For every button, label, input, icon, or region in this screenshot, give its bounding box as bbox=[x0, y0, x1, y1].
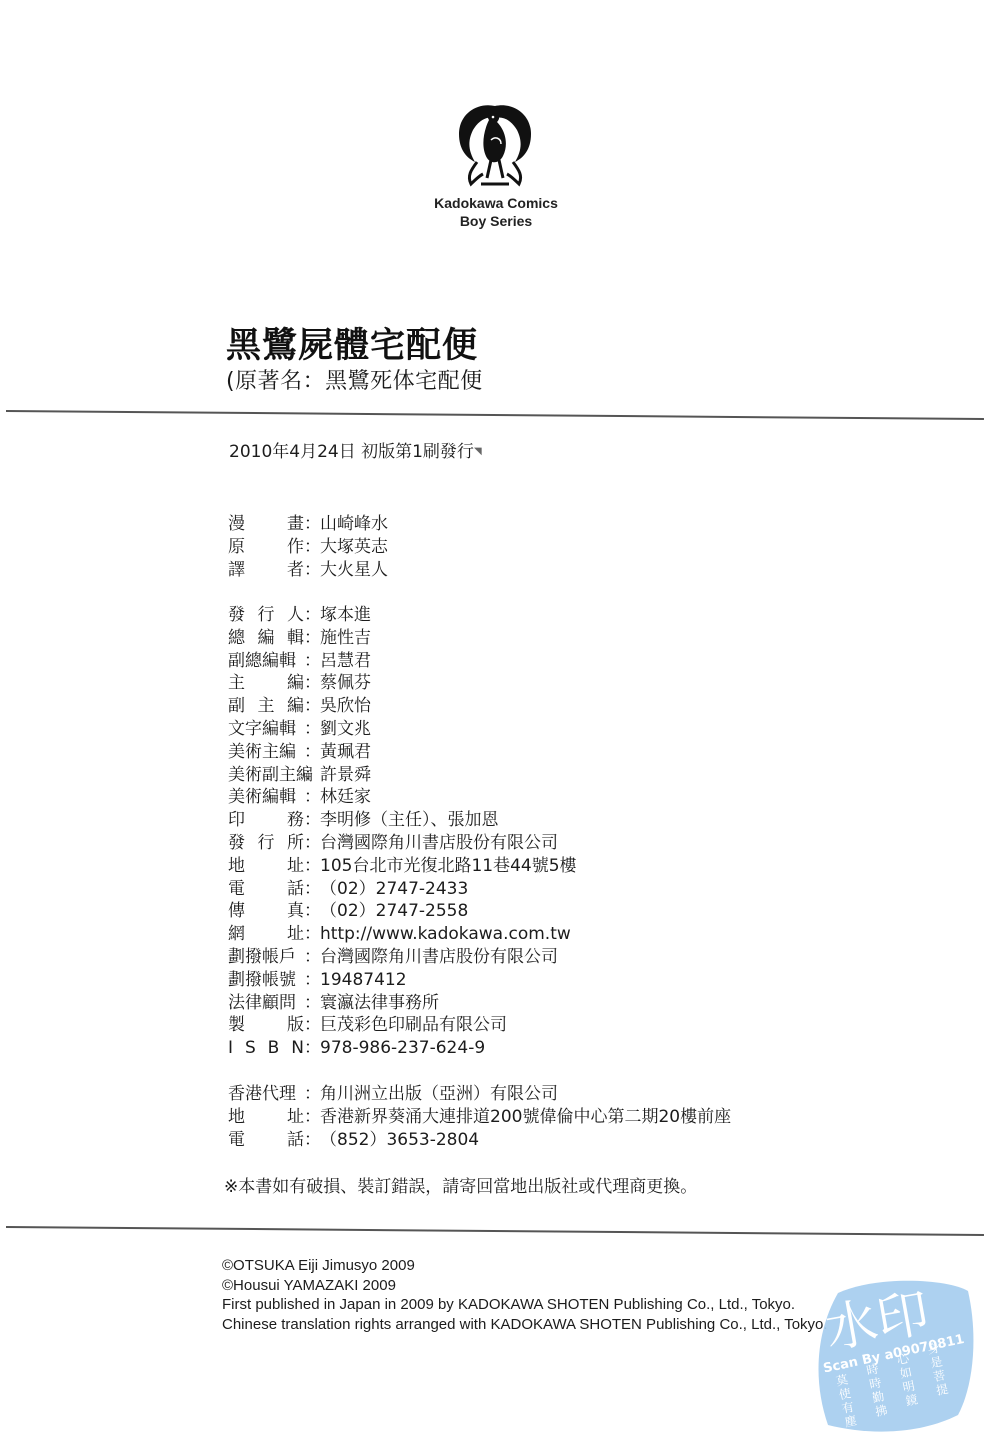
credit-value: 大火星人 bbox=[320, 559, 388, 582]
logo-line-1: Kadokawa Comics bbox=[410, 194, 582, 212]
credit-label-char: 副總編輯 bbox=[228, 650, 296, 673]
credit-separator: ： bbox=[304, 923, 320, 946]
credit-value: 吳欣怡 bbox=[320, 695, 371, 718]
credit-separator: ： bbox=[304, 832, 320, 855]
credit-value: 寰瀛法律事務所 bbox=[320, 992, 439, 1015]
credit-label: 副總編輯 bbox=[228, 650, 304, 673]
credit-label: 副主編 bbox=[228, 695, 304, 718]
credit-label-char: 譯 bbox=[228, 559, 245, 582]
credit-label-char: 網 bbox=[228, 923, 245, 946]
credit-label-char: 地 bbox=[228, 855, 245, 878]
credit-row: 電話：（02）2747-2433 bbox=[228, 878, 577, 901]
credit-label-char: 副 bbox=[228, 695, 245, 718]
credits-creators: 漫畫：山崎峰水原作：大塚英志譯者：大火星人 bbox=[228, 513, 388, 581]
credit-separator: ： bbox=[304, 1014, 320, 1037]
credit-label-char: S bbox=[245, 1037, 256, 1060]
credit-label: 美術副主編 bbox=[228, 764, 304, 787]
divider-bottom bbox=[6, 1226, 984, 1236]
credit-row: 傳真：（02）2747-2558 bbox=[228, 900, 577, 923]
scan-watermark-icon: 水印 Scan By a09070811 莫使有塵 時時勤拂 心如明鏡 身是菩提 bbox=[808, 1275, 978, 1435]
credit-separator: ： bbox=[304, 878, 320, 901]
credit-separator: ： bbox=[304, 672, 320, 695]
copyright-block: ©OTSUKA Eiji Jimusyo 2009 ©Housui YAMAZA… bbox=[222, 1256, 828, 1334]
credit-row: 劃撥帳戶：台灣國際角川書店股份有限公司 bbox=[228, 946, 577, 969]
credit-row: 地址：香港新界葵涌大連排道200號偉倫中心第二期20樓前座 bbox=[228, 1106, 731, 1129]
credit-label-char: 編 bbox=[287, 672, 304, 695]
credit-label: 地址 bbox=[228, 855, 304, 878]
credit-value: 呂慧君 bbox=[320, 650, 371, 673]
credit-row: 發行所：台灣國際角川書店股份有限公司 bbox=[228, 832, 577, 855]
credit-value: 許景舜 bbox=[320, 764, 371, 787]
book-title: 黑鷺屍體宅配便 bbox=[226, 324, 478, 368]
credit-label: 地址 bbox=[228, 1106, 304, 1129]
credit-row: 製版：巨茂彩色印刷品有限公司 bbox=[228, 1014, 577, 1037]
credit-row: 法律顧問：寰瀛法律事務所 bbox=[228, 992, 577, 1015]
credit-value: 黃珮君 bbox=[320, 741, 371, 764]
credit-label-char: 發 bbox=[228, 604, 245, 627]
credit-row: 香港代理：角川洲立出版（亞洲）有限公司 bbox=[228, 1083, 731, 1106]
credit-row: 漫畫：山崎峰水 bbox=[228, 513, 388, 536]
credit-label: 文字編輯 bbox=[228, 718, 304, 741]
credit-label-char: 漫 bbox=[228, 513, 245, 536]
credit-row: 副主編：吳欣怡 bbox=[228, 695, 577, 718]
credit-label-char: 總 bbox=[228, 627, 245, 650]
edition-mark: ◥ bbox=[474, 446, 482, 457]
credit-value: 19487412 bbox=[320, 969, 407, 992]
credit-label: 漫畫 bbox=[228, 513, 304, 536]
credit-value: （852）3653-2804 bbox=[320, 1129, 479, 1152]
kadokawa-phoenix-logo-icon bbox=[455, 100, 535, 195]
edition-info: 2010年4月24日 初版第1刷發行◥ bbox=[229, 441, 482, 463]
credit-row: 譯者：大火星人 bbox=[228, 559, 388, 582]
credit-label: 美術編輯 bbox=[228, 786, 304, 809]
credit-row: 副總編輯：呂慧君 bbox=[228, 650, 577, 673]
credit-separator: ： bbox=[304, 536, 320, 559]
credit-label: 印務 bbox=[228, 809, 304, 832]
credit-separator: ： bbox=[304, 650, 320, 673]
credit-label-char: 傳 bbox=[228, 900, 245, 923]
credit-value: 台灣國際角川書店股份有限公司 bbox=[320, 946, 558, 969]
credit-row: 劃撥帳號：19487412 bbox=[228, 969, 577, 992]
credit-label-char: B bbox=[268, 1037, 280, 1060]
credit-separator: ： bbox=[304, 1083, 320, 1106]
credit-separator: ： bbox=[304, 1037, 320, 1060]
credit-label-char: 美術編輯 bbox=[228, 786, 296, 809]
credit-label-char: 輯 bbox=[287, 627, 304, 650]
edition-text: 2010年4月24日 初版第1刷發行 bbox=[229, 442, 474, 462]
credit-separator: ： bbox=[304, 1129, 320, 1152]
credit-value: 巨茂彩色印刷品有限公司 bbox=[320, 1014, 507, 1037]
credit-value: 香港新界葵涌大連排道200號偉倫中心第二期20樓前座 bbox=[320, 1106, 731, 1129]
credit-label: 法律顧問 bbox=[228, 992, 304, 1015]
credit-label-char: 地 bbox=[228, 1106, 245, 1129]
credit-label: 劃撥帳戶 bbox=[228, 946, 304, 969]
credit-value: 林廷家 bbox=[320, 786, 371, 809]
credit-label-char: 電 bbox=[228, 1129, 245, 1152]
credit-value: 大塚英志 bbox=[320, 536, 388, 559]
credit-separator: ： bbox=[304, 627, 320, 650]
credits-hongkong: 香港代理：角川洲立出版（亞洲）有限公司地址：香港新界葵涌大連排道200號偉倫中心… bbox=[228, 1083, 731, 1151]
credit-separator: ： bbox=[304, 992, 320, 1015]
credit-label-char: 主 bbox=[258, 695, 275, 718]
credit-row: 美術副主編：許景舜 bbox=[228, 764, 577, 787]
credit-value: （02）2747-2433 bbox=[320, 878, 468, 901]
credit-label: 電話 bbox=[228, 1129, 304, 1152]
credit-row: 總編輯：施性吉 bbox=[228, 627, 577, 650]
credit-label: 發行人 bbox=[228, 604, 304, 627]
credit-label-char: 原 bbox=[228, 536, 245, 559]
copyright-line: First published in Japan in 2009 by KADO… bbox=[222, 1295, 828, 1315]
credit-label-char: 務 bbox=[287, 809, 304, 832]
credit-label-char: 編 bbox=[287, 695, 304, 718]
credit-separator: ： bbox=[304, 809, 320, 832]
credit-label: 製版 bbox=[228, 1014, 304, 1037]
logo-line-2: Boy Series bbox=[410, 212, 582, 230]
credit-label: 主編 bbox=[228, 672, 304, 695]
credit-separator: ： bbox=[304, 559, 320, 582]
credit-value: 劉文兆 bbox=[320, 718, 371, 741]
credit-row: 印務：李明修（主任）、張加恩 bbox=[228, 809, 577, 832]
credit-value: 台灣國際角川書店股份有限公司 bbox=[320, 832, 558, 855]
logo-caption: Kadokawa Comics Boy Series bbox=[410, 194, 582, 230]
credit-label-char: 作 bbox=[287, 536, 304, 559]
credit-row: ISBN：978-986-237-624-9 bbox=[228, 1037, 577, 1060]
credit-value: 施性吉 bbox=[320, 627, 371, 650]
credit-label-char: 話 bbox=[287, 1129, 304, 1152]
credit-separator: ： bbox=[304, 718, 320, 741]
credit-value: 角川洲立出版（亞洲）有限公司 bbox=[320, 1083, 558, 1106]
credit-label-char: 行 bbox=[258, 832, 275, 855]
divider-top bbox=[6, 410, 984, 420]
credit-label-char: 真 bbox=[287, 900, 304, 923]
credit-label: 網址 bbox=[228, 923, 304, 946]
credit-label-char: 電 bbox=[228, 878, 245, 901]
credit-label-char: 畫 bbox=[287, 513, 304, 536]
credit-label-char: 美術副主編 bbox=[228, 764, 313, 787]
credit-label: 劃撥帳號 bbox=[228, 969, 304, 992]
credit-label-char: 編 bbox=[258, 627, 275, 650]
credit-label: 總編輯 bbox=[228, 627, 304, 650]
original-title: (原著名：黑鷺死体宅配便 bbox=[226, 367, 483, 397]
credit-row: 文字編輯：劉文兆 bbox=[228, 718, 577, 741]
damage-notice: ※本書如有破損、裝訂錯誤，請寄回當地出版社或代理商更換。 bbox=[224, 1176, 697, 1198]
credit-label-char: 所 bbox=[287, 832, 304, 855]
credit-value: 978-986-237-624-9 bbox=[320, 1037, 485, 1060]
credit-label-char: N bbox=[291, 1037, 304, 1060]
credit-label-char: 者 bbox=[287, 559, 304, 582]
credit-label-char: 址 bbox=[287, 855, 304, 878]
credit-label-char: 址 bbox=[287, 1106, 304, 1129]
credit-separator: ： bbox=[304, 786, 320, 809]
credit-value: 山崎峰水 bbox=[320, 513, 388, 536]
copyright-line: Chinese translation rights arranged with… bbox=[222, 1315, 828, 1335]
credit-value: 蔡佩芬 bbox=[320, 672, 371, 695]
credit-row: 美術編輯：林廷家 bbox=[228, 786, 577, 809]
credit-label-char: 人 bbox=[287, 604, 304, 627]
credit-label-char: 話 bbox=[287, 878, 304, 901]
credit-label-char: 主 bbox=[228, 672, 245, 695]
credit-separator: ： bbox=[304, 969, 320, 992]
credit-label-char: I bbox=[228, 1037, 233, 1060]
credit-label-char: 美術主編 bbox=[228, 741, 296, 764]
credit-label-char: 印 bbox=[228, 809, 245, 832]
credit-separator: ： bbox=[304, 741, 320, 764]
credit-label-char: 版 bbox=[287, 1014, 304, 1037]
credit-label-char: 發 bbox=[228, 832, 245, 855]
credit-label-char: 製 bbox=[228, 1014, 245, 1037]
credit-separator: ： bbox=[304, 1106, 320, 1129]
credit-value: （02）2747-2558 bbox=[320, 900, 468, 923]
credit-label: 香港代理 bbox=[228, 1083, 304, 1106]
credit-label-char: 劃撥帳戶 bbox=[228, 946, 296, 969]
credit-label: ISBN bbox=[228, 1037, 304, 1060]
credit-separator: ： bbox=[304, 900, 320, 923]
copyright-line: ©OTSUKA Eiji Jimusyo 2009 bbox=[222, 1256, 828, 1276]
credit-label-char: 址 bbox=[287, 923, 304, 946]
credit-row: 電話：（852）3653-2804 bbox=[228, 1129, 731, 1152]
credit-label: 美術主編 bbox=[228, 741, 304, 764]
credit-value: 李明修（主任）、張加恩 bbox=[320, 809, 499, 832]
credit-label-char: 法律顧問 bbox=[228, 992, 296, 1015]
credit-label: 發行所 bbox=[228, 832, 304, 855]
credit-separator: ： bbox=[304, 513, 320, 536]
credit-row: 美術主編：黃珮君 bbox=[228, 741, 577, 764]
credit-label: 原作 bbox=[228, 536, 304, 559]
credits-staff: 發行人：塚本進總編輯：施性吉副總編輯：呂慧君主編：蔡佩芬副主編：吳欣怡文字編輯：… bbox=[228, 604, 577, 1060]
credit-row: 原作：大塚英志 bbox=[228, 536, 388, 559]
credit-label-char: 文字編輯 bbox=[228, 718, 296, 741]
credit-separator: ： bbox=[304, 695, 320, 718]
credit-separator: ： bbox=[304, 855, 320, 878]
credit-label: 譯者 bbox=[228, 559, 304, 582]
credit-value: 105台北市光復北路11巷44號5樓 bbox=[320, 855, 577, 878]
credit-separator: ： bbox=[304, 604, 320, 627]
credit-row: 主編：蔡佩芬 bbox=[228, 672, 577, 695]
credit-separator: ： bbox=[304, 946, 320, 969]
credit-row: 網址：http://www.kadokawa.com.tw bbox=[228, 923, 577, 946]
credit-row: 地址：105台北市光復北路11巷44號5樓 bbox=[228, 855, 577, 878]
credit-label: 電話 bbox=[228, 878, 304, 901]
credit-value: 塚本進 bbox=[320, 604, 371, 627]
credit-label: 傳真 bbox=[228, 900, 304, 923]
credit-separator: ： bbox=[304, 764, 320, 787]
credit-label-char: 行 bbox=[258, 604, 275, 627]
credit-label-char: 香港代理 bbox=[228, 1083, 296, 1106]
credit-row: 發行人：塚本進 bbox=[228, 604, 577, 627]
credit-label-char: 劃撥帳號 bbox=[228, 969, 296, 992]
copyright-line: ©Housui YAMAZAKI 2009 bbox=[222, 1276, 828, 1296]
credit-value: http://www.kadokawa.com.tw bbox=[320, 923, 571, 946]
